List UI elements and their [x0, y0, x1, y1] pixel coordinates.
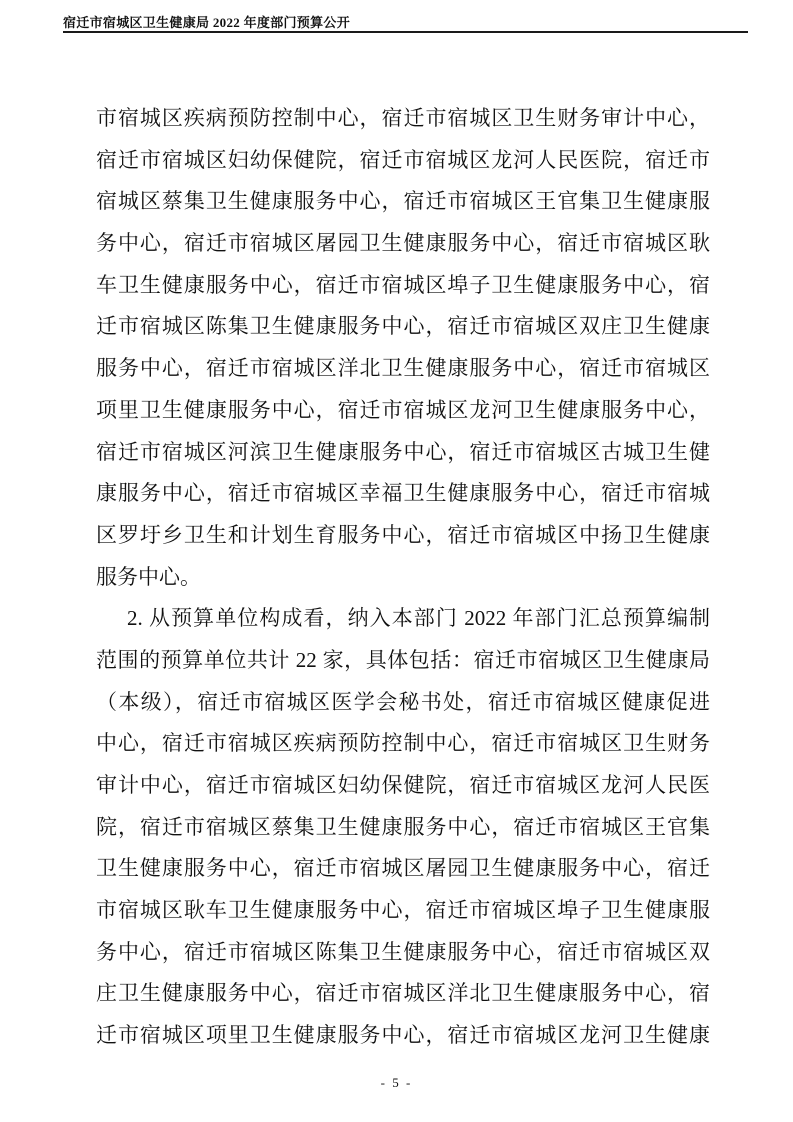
text-line: 迁市宿城区项里卫生健康服务中心，宿迁市宿城区龙河卫生健康	[96, 1015, 710, 1057]
text-line: 院，宿迁市宿城区蔡集卫生健康服务中心，宿迁市宿城区王官集	[96, 807, 710, 849]
text-line: 范围的预算单位共计 22 家，具体包括：宿迁市宿城区卫生健康局	[96, 640, 710, 682]
text-line: 迁市宿城区陈集卫生健康服务中心，宿迁市宿城区双庄卫生健康	[96, 306, 710, 348]
text-line: 宿迁市宿城区河滨卫生健康服务中心，宿迁市宿城区古城卫生健	[96, 432, 710, 474]
text-line: 服务中心。	[96, 557, 710, 599]
text-line: （本级），宿迁市宿城区医学会秘书处，宿迁市宿城区健康促进	[96, 682, 710, 724]
text-line: 2. 从预算单位构成看，纳入本部门 2022 年部门汇总预算编制	[96, 598, 710, 640]
text-line: 项里卫生健康服务中心，宿迁市宿城区龙河卫生健康服务中心，	[96, 390, 710, 432]
header-divider-rule	[63, 31, 748, 33]
text-line: 务中心，宿迁市宿城区屠园卫生健康服务中心，宿迁市宿城区耿	[96, 223, 710, 265]
text-line: 车卫生健康服务中心，宿迁市宿城区埠子卫生健康服务中心，宿	[96, 265, 710, 307]
text-line: 务中心，宿迁市宿城区陈集卫生健康服务中心，宿迁市宿城区双	[96, 932, 710, 974]
text-line: 服务中心，宿迁市宿城区洋北卫生健康服务中心，宿迁市宿城区	[96, 348, 710, 390]
text-line: 庄卫生健康服务中心，宿迁市宿城区洋北卫生健康服务中心，宿	[96, 973, 710, 1015]
page-header-title: 宿迁市宿城区卫生健康局 2022 年度部门预算公开	[63, 12, 350, 31]
text-line: 审计中心，宿迁市宿城区妇幼保健院，宿迁市宿城区龙河人民医	[96, 765, 710, 807]
text-line: 宿城区蔡集卫生健康服务中心，宿迁市宿城区王官集卫生健康服	[96, 181, 710, 223]
text-line: 市宿城区耿车卫生健康服务中心，宿迁市宿城区埠子卫生健康服	[96, 890, 710, 932]
text-line: 宿迁市宿城区妇幼保健院，宿迁市宿城区龙河人民医院，宿迁市	[96, 140, 710, 182]
document-body-text: 市宿城区疾病预防控制中心，宿迁市宿城区卫生财务审计中心，宿迁市宿城区妇幼保健院，…	[96, 98, 710, 1057]
text-line: 中心，宿迁市宿城区疾病预防控制中心，宿迁市宿城区卫生财务	[96, 723, 710, 765]
text-line: 市宿城区疾病预防控制中心，宿迁市宿城区卫生财务审计中心，	[96, 98, 710, 140]
text-line: 康服务中心，宿迁市宿城区幸福卫生健康服务中心，宿迁市宿城	[96, 473, 710, 515]
text-line: 卫生健康服务中心，宿迁市宿城区屠园卫生健康服务中心，宿迁	[96, 848, 710, 890]
document-page: 宿迁市宿城区卫生健康局 2022 年度部门预算公开 市宿城区疾病预防控制中心，宿…	[0, 0, 793, 1122]
text-line: 区罗圩乡卫生和计划生育服务中心，宿迁市宿城区中扬卫生健康	[96, 515, 710, 557]
page-number: - 5 -	[0, 1075, 793, 1091]
